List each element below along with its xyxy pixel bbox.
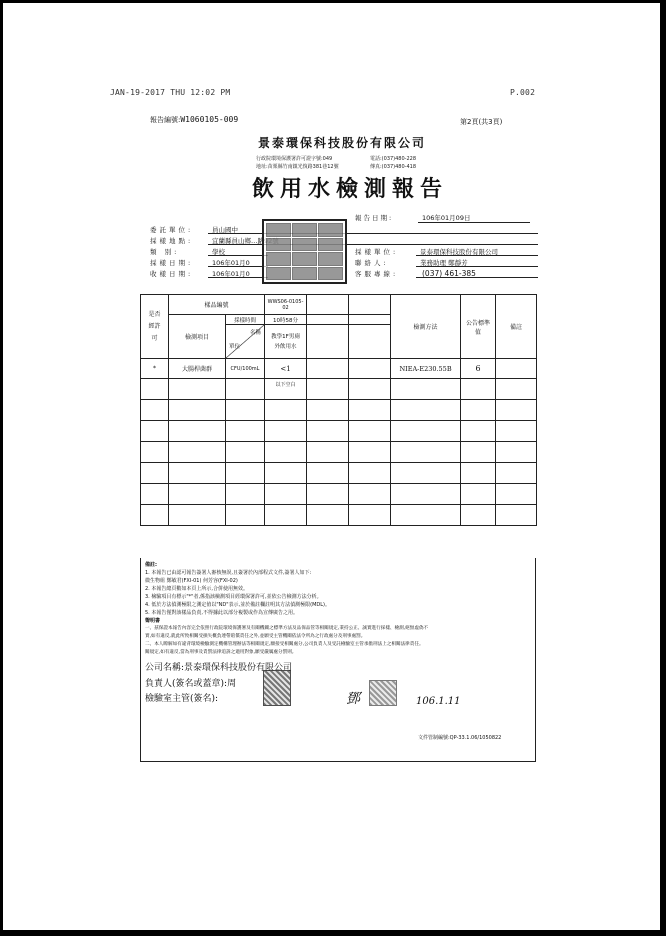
header-sampling-time: 10時58分 — [265, 315, 307, 325]
row-standard: 6 — [461, 359, 496, 379]
underline — [416, 255, 538, 256]
report-number-value: W1060105-009 — [180, 115, 238, 124]
phone-line: 電話:(037)480-228 — [370, 155, 416, 162]
category-label: 類 別: — [150, 247, 179, 256]
table-row — [141, 400, 537, 421]
underline — [416, 277, 538, 278]
fax-line: 傳真:(037)480-418 — [370, 163, 416, 170]
header-test-item: 檢測項目 — [169, 315, 226, 359]
table-row — [141, 463, 537, 484]
fax-timestamp: JAN-19-2017 THU 12:02 PM — [110, 88, 230, 97]
note-item: 微生物組 鄭敏君(FXI-01) 何芳容(FXI-02) — [145, 577, 238, 584]
report-number: 報告編號:W1060105-009 — [150, 115, 238, 125]
owner-name: 周 — [227, 679, 236, 689]
empty-cell — [349, 315, 391, 325]
row-result: <1 — [265, 359, 307, 379]
report-date-value: 106年01月09日 — [422, 213, 470, 222]
document-control-number: 文件管制編號:QP-33.1.06/1050822 — [418, 734, 501, 741]
declaration-item: 關規定,如有違反,當為刑事及責罰法律追訴之適用對象,願受嚴厲處分罰則。 — [145, 649, 296, 655]
underline — [416, 266, 538, 267]
contact-label: 聯絡人: — [355, 258, 389, 267]
note-item: 3. 檢驗項目有標示"*"者,係指該檢測項目經環保署許可,並依公告檢測方法分析。 — [145, 593, 322, 600]
declaration-item: 一、茲保證本報告內容完全依照行政院環境保護署及有關機關之標準方法及品保品管等相關… — [145, 625, 428, 631]
page-info: 第2頁(共3頁) — [460, 117, 502, 127]
table-row — [141, 442, 537, 463]
header-sample-no-label: 樣品編號 — [169, 295, 265, 315]
company-name-label: 公司名稱: — [145, 663, 184, 673]
report-title: 飲用水檢測報告 — [252, 172, 448, 203]
sampling-unit-label: 採樣單位: — [355, 247, 398, 256]
note-item: 5. 本報告僅對該樣品負責,不得據此以部分複製或作為宣傳廣告之用。 — [145, 609, 298, 616]
owner-label: 負責人(簽名或蓋章): — [145, 679, 227, 689]
empty-cell — [349, 359, 391, 379]
report-date-label: 報告日期: — [355, 213, 393, 222]
table-row — [141, 421, 537, 442]
notes-heading: 備註: — [145, 561, 157, 568]
table-row — [141, 484, 537, 505]
header-method: 檢測方法 — [391, 295, 461, 359]
official-seal-stamp — [262, 219, 347, 284]
row-licensed: * — [141, 359, 169, 379]
header-licensed: 是否經許可 — [141, 295, 169, 359]
address-line: 地址:苗栗縣竹南鎮光復路381巷12號 — [256, 163, 339, 170]
row-method: NIEA-E230.55B — [391, 359, 461, 379]
receipt-date-label: 收樣日期: — [150, 269, 193, 278]
underline — [208, 266, 268, 267]
header-sampling-time-label: 採樣時間 — [226, 315, 265, 325]
lab-supervisor-label: 檢驗室主管(簽名): — [145, 691, 218, 704]
owner-line: 負責人(簽名或蓋章):周 — [145, 676, 236, 689]
header-name-label: 名稱 — [250, 328, 261, 336]
notes-section: 備註: 1. 本報告已由認可報告簽署人審核無誤,且簽署於內部程式文件,簽署人如下… — [140, 558, 536, 762]
owner-seal-stamp — [263, 670, 291, 706]
underline — [208, 277, 268, 278]
note-item: 4. 低於方法偵測極限之測定值以"ND"表示,並於備註欄註明其方法偵測極限(MD… — [145, 601, 330, 608]
header-standard: 公告標準值 — [461, 295, 496, 359]
blank-marker: 以下空白 — [265, 379, 307, 400]
declaration-item: 二、本人瞭解如有違背環境檢驗測定機構管理辦法等相關規定,願接受相關處分,公司負責… — [145, 641, 424, 647]
fax-page-number: P.002 — [510, 88, 535, 97]
empty-cell — [307, 315, 349, 325]
sampling-location-label: 採樣地點: — [150, 236, 193, 245]
supervisor-signature: 鄧 — [346, 688, 360, 708]
table-row: * 大腸桿菌群 CFU/100mL <1 NIEA-E230.55B 6 — [141, 359, 537, 379]
empty-cell — [496, 359, 537, 379]
empty-cell — [307, 325, 349, 359]
table-row: 以下空白 — [141, 379, 537, 400]
header-sample-no: WWS06-0105-02 — [265, 295, 307, 315]
sign-date: 106.1.11 — [416, 696, 461, 707]
company-name: 景泰環保科技股份有限公司 — [258, 134, 426, 151]
report-number-label: 報告編號: — [150, 116, 180, 124]
empty-cell — [307, 359, 349, 379]
row-unit: CFU/100mL — [226, 359, 265, 379]
results-table: 是否經許可 樣品編號 WWS06-0105-02 檢測方法 公告標準值 備註 檢… — [140, 294, 537, 526]
client-label: 委託單位: — [150, 225, 193, 234]
sampling-date-label: 採樣日期: — [150, 258, 193, 267]
table-row — [141, 505, 537, 526]
underline — [208, 244, 538, 245]
header-unit-label: 單位 — [229, 342, 240, 350]
header-name-unit: 名稱 單位 — [226, 325, 265, 359]
note-item: 2. 本報告總頁數如本頁上所示,合併使用無效。 — [145, 585, 248, 592]
row-item: 大腸桿菌群 — [169, 359, 226, 379]
header-remarks: 備註 — [496, 295, 537, 359]
note-item: 1. 本報告已由認可報告簽署人審核無誤,且簽署於內部程式文件,簽署人如下: — [145, 569, 311, 576]
report-date-underline — [418, 222, 530, 223]
supervisor-seal-stamp — [369, 680, 397, 706]
empty-cell — [349, 295, 391, 315]
declaration-item: 實,如有違反,就此所致相關受損失概負連帶賠償責任之外,並願受主管機關依法令所為之… — [145, 633, 365, 639]
underline — [208, 255, 268, 256]
empty-cell — [307, 295, 349, 315]
declaration-heading: 聲明書 — [145, 617, 160, 624]
underline — [208, 233, 538, 234]
hotline-label: 客服專線: — [355, 269, 398, 278]
header-sample-name: 教學1F男廁外飲用水 — [265, 325, 307, 359]
empty-cell — [349, 325, 391, 359]
license-line: 行政院環境保護署許可證字號:049 — [256, 155, 332, 162]
